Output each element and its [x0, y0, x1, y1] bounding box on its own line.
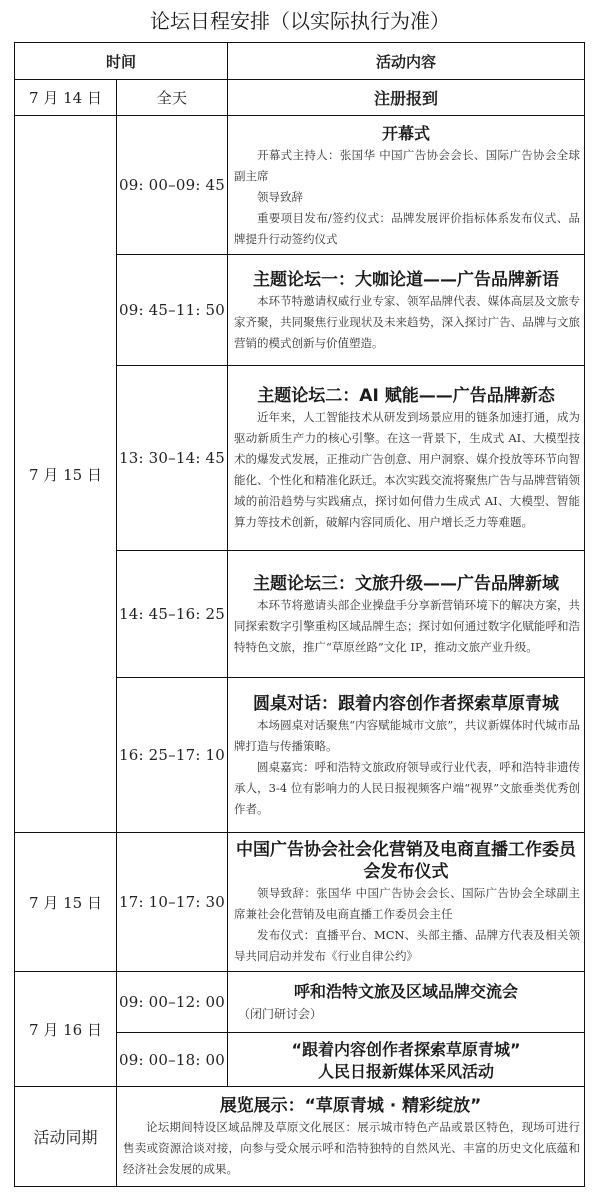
time-cell: 09: 00–09: 45 [117, 116, 228, 255]
activity-paragraph: 开幕式主持人：张国华 中国广告协会会长、国际广告协会全球副主席 [228, 145, 584, 187]
activity-paragraph: 本环节将邀请头部企业操盘手分享新营销环境下的解决方案，共同探索数字引擎重构区域品… [228, 595, 584, 658]
activity-paragraph: 领导致辞 [228, 187, 584, 208]
activity-cell: “跟着内容创作者探索草原青城” 人民日报新媒体采风活动 [228, 1033, 585, 1087]
table-row: 7 月 15 日 17: 10–17: 30 中国广告协会社会化营销及电商直播工… [15, 833, 585, 972]
activity-title: 主题论坛三：文旅升级——广告品牌新域 [228, 573, 584, 595]
activity-title: 注册报到 [228, 80, 585, 116]
activity-title-line2: 人民日报新媒体采风活动 [228, 1061, 584, 1083]
date-cell: 活动同期 [15, 1087, 117, 1187]
time-cell: 16: 25–17: 10 [117, 678, 228, 833]
header-time: 时间 [15, 43, 228, 80]
header-content: 活动内容 [228, 43, 585, 80]
schedule-table: 时间 活动内容 7 月 14 日 全天 注册报到 7 月 15 日 09: 00… [14, 42, 585, 1187]
date-cell: 7 月 15 日 [15, 116, 117, 833]
time-cell: 09: 00–12: 00 [117, 972, 228, 1033]
time-cell: 全天 [117, 80, 228, 116]
activity-cell: 主题论坛三：文旅升级——广告品牌新域 本环节将邀请头部企业操盘手分享新营销环境下… [228, 551, 585, 678]
table-header-row: 时间 活动内容 [15, 43, 585, 80]
time-cell: 14: 45–16: 25 [117, 551, 228, 678]
time-cell: 17: 10–17: 30 [117, 833, 228, 972]
activity-title: 主题论坛一：大咖论道——广告品牌新语 [228, 269, 584, 291]
activity-title: 呼和浩特文旅及区域品牌交流会 [228, 981, 584, 1003]
time-cell: 09: 00–18: 00 [117, 1033, 228, 1087]
activity-cell: 展览展示：“草原青城 · 精彩绽放” 论坛期间特设区域品牌及草原文化展区：展示城… [117, 1087, 585, 1187]
activity-cell: 中国广告协会社会化营销及电商直播工作委员会发布仪式 领导致辞：张国华 中国广告协… [228, 833, 585, 972]
activity-cell: 主题论坛一：大咖论道——广告品牌新语 本环节特邀请权威行业专家、领军品牌代表、媒… [228, 255, 585, 366]
page-title: 论坛日程安排（以实际执行为准） [0, 6, 600, 36]
activity-title: 开幕式 [228, 123, 584, 145]
activity-cell: 开幕式 开幕式主持人：张国华 中国广告协会会长、国际广告协会全球副主席 领导致辞… [228, 116, 585, 255]
activity-paragraph: 圆桌嘉宾：呼和浩特文旅政府领导或行业代表，呼和浩特非遗传承人，3-4 位有影响力… [228, 757, 584, 820]
time-cell: 09: 45–11: 50 [117, 255, 228, 366]
activity-paragraph: 本场圆桌对话聚焦“内容赋能城市文旅”，共议新媒体时代城市品牌打造与传播策略。 [228, 715, 584, 757]
table-row: 活动同期 展览展示：“草原青城 · 精彩绽放” 论坛期间特设区域品牌及草原文化展… [15, 1087, 585, 1187]
activity-paragraph: 领导致辞：张国华 中国广告协会会长、国际广告协会全球副主席兼社会化营销及电商直播… [228, 883, 584, 925]
activity-paragraph: 近年来，人工智能技术从研发到场景应用的链条加速打通，成为驱动新质生产力的核心引擎… [228, 407, 584, 533]
activity-paragraph: 发布仪式：直播平台、MCN、头部主播、品牌方代表及相关领导共同启动并发布《行业自… [228, 925, 584, 967]
activity-cell: 圆桌对话：跟着内容创作者探索草原青城 本场圆桌对话聚焦“内容赋能城市文旅”，共议… [228, 678, 585, 833]
table-row: 7 月 15 日 09: 00–09: 45 开幕式 开幕式主持人：张国华 中国… [15, 116, 585, 255]
date-cell: 7 月 15 日 [15, 833, 117, 972]
date-cell: 7 月 16 日 [15, 972, 117, 1087]
activity-cell: 主题论坛二：AI 赋能——广告品牌新态 近年来，人工智能技术从研发到场景应用的链… [228, 366, 585, 551]
table-row: 7 月 16 日 09: 00–12: 00 呼和浩特文旅及区域品牌交流会 （闭… [15, 972, 585, 1033]
activity-title: 中国广告协会社会化营销及电商直播工作委员会发布仪式 [228, 839, 584, 883]
activity-paragraph: 重要项目发布/签约仪式：品牌发展评价指标体系发布仪式、品牌提升行动签约仪式 [228, 208, 584, 250]
time-cell: 13: 30–14: 45 [117, 366, 228, 551]
activity-paragraph: 本环节特邀请权威行业专家、领军品牌代表、媒体高层及文旅专家齐聚，共同聚焦行业现状… [228, 291, 584, 354]
activity-title: 圆桌对话：跟着内容创作者探索草原青城 [228, 693, 584, 715]
activity-title: 主题论坛二：AI 赋能——广告品牌新态 [228, 385, 584, 407]
activity-cell: 呼和浩特文旅及区域品牌交流会 （闭门研讨会） [228, 972, 585, 1033]
date-cell: 7 月 14 日 [15, 80, 117, 116]
activity-title: 展览展示：“草原青城 · 精彩绽放” [117, 1095, 584, 1117]
activity-title-line1: “跟着内容创作者探索草原青城” [228, 1039, 584, 1061]
table-row: 7 月 14 日 全天 注册报到 [15, 80, 585, 116]
activity-note: （闭门研讨会） [228, 1003, 584, 1025]
activity-paragraph: 论坛期间特设区域品牌及草原文化展区：展示城市特色产品或景区特色，现场可进行售卖或… [117, 1117, 584, 1180]
